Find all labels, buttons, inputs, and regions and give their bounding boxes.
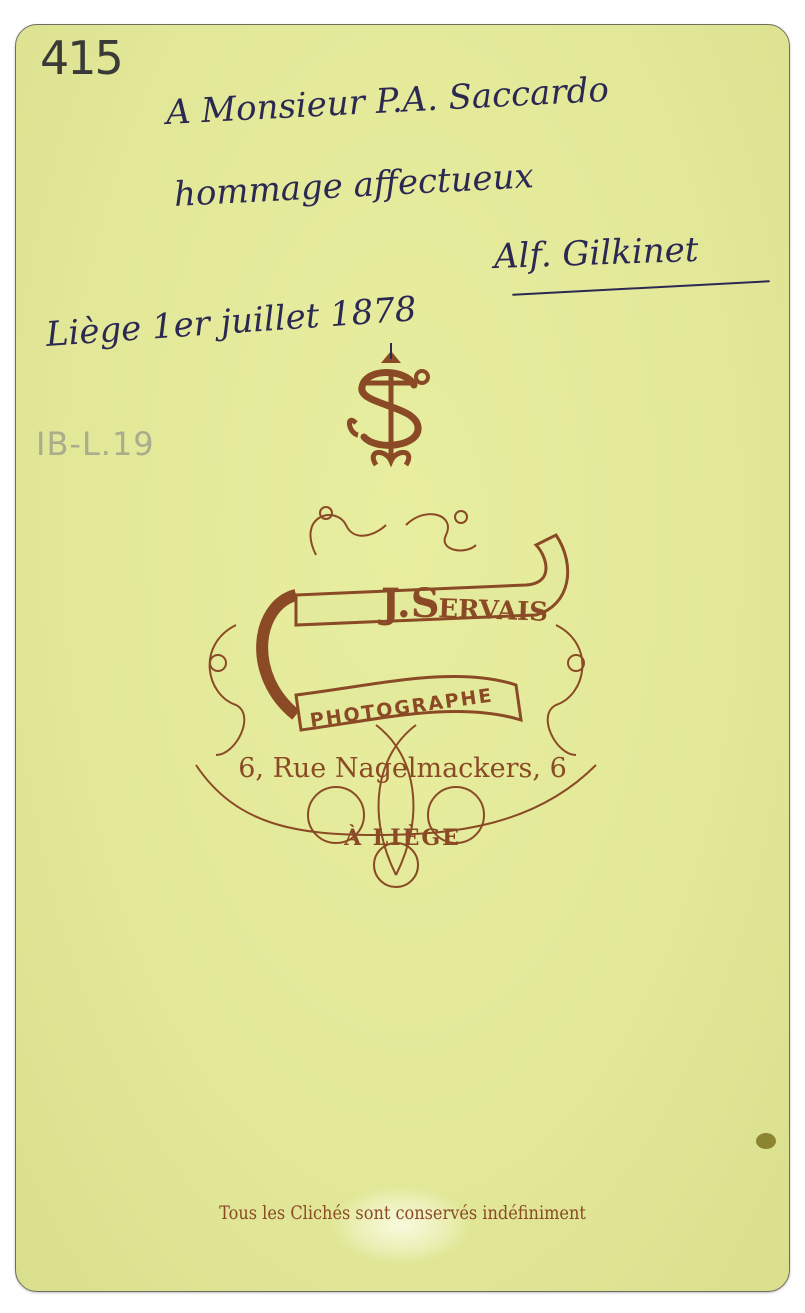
catalog-mark: IB-L.19 [36, 425, 155, 463]
studio-address: 6, Rue Nagelmackers, 6 [16, 753, 789, 784]
studio-city: À LIÈGE [16, 825, 789, 851]
signature-underline [512, 280, 770, 295]
footer-notice: Tous les Clichés sont conservés indéfini… [74, 1202, 731, 1224]
dedication-line-1: A Monsieur P.A. Saccardo [165, 70, 610, 133]
photo-card-back: 415 A Monsieur P.A. Saccardo hommage aff… [15, 24, 790, 1292]
monogram-icon [336, 343, 446, 473]
studio-name: ERVAIS [438, 594, 549, 628]
paper-scuff [331, 1185, 471, 1265]
ink-stain [756, 1133, 776, 1149]
dedication-line-2: hommage affectueux [173, 156, 535, 215]
signature: Alf. Gilkinet [493, 230, 699, 277]
inventory-number: 415 [40, 31, 122, 85]
studio-initials: J.S [378, 580, 440, 627]
